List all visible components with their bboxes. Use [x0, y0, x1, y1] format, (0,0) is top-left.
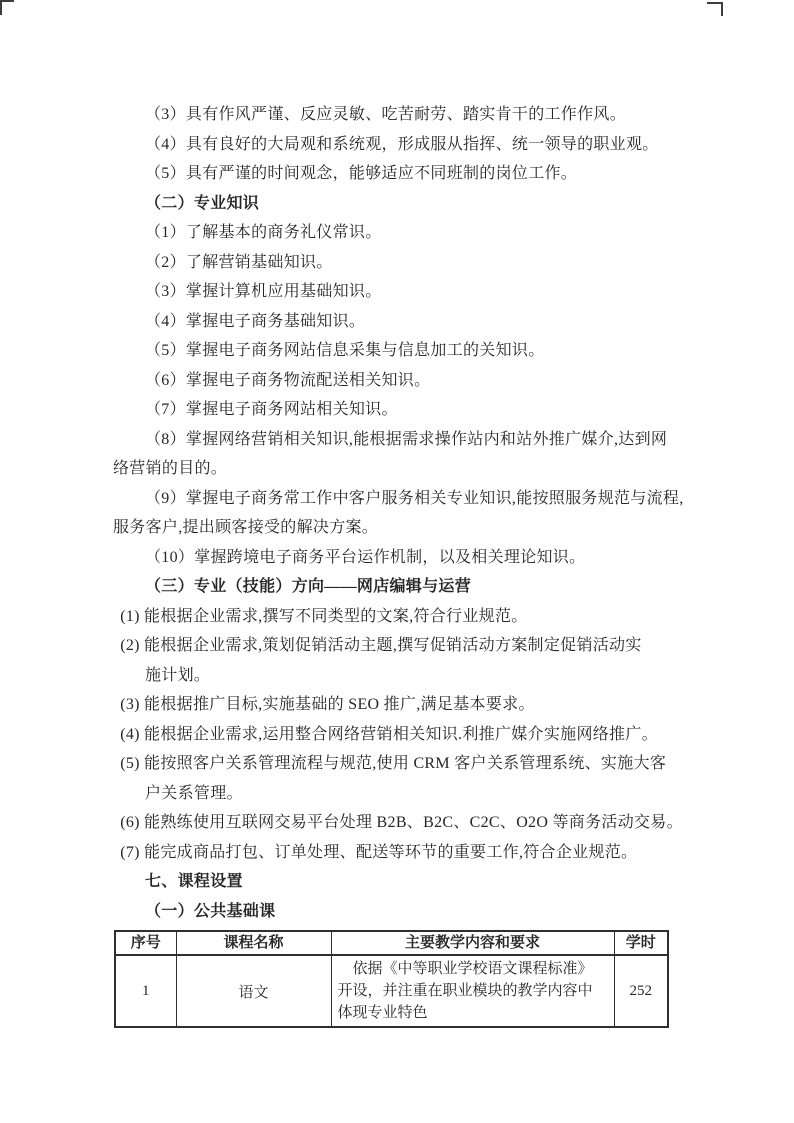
- table-header-row: 序号 课程名称 主要教学内容和要求 学时: [115, 931, 668, 955]
- table-header-content-requirements: 主要教学内容和要求: [331, 931, 614, 955]
- table-header-course-name: 课程名称: [176, 931, 331, 955]
- section-heading-skill-direction: （三）专业（技能）方向——网店编辑与运营: [113, 572, 685, 602]
- list-item: (5) 能按照客户关系管理流程与规范,使用 CRM 客户关系管理系统、实施大客 …: [113, 749, 685, 808]
- list-item: (3) 能根据推广目标,实施基础的 SEO 推广,满足基本要求。: [113, 690, 685, 720]
- list-item: （3）掌握计算机应用基础知识。: [113, 277, 685, 307]
- list-item: （8）掌握网络营销相关知识,能根据需求操作站内和站外推广媒介,达到网 络营销的目…: [113, 425, 685, 484]
- list-item: (6) 能熟练使用互联网交易平台处理 B2B、B2C、C2C、O2O 等商务活动…: [113, 808, 685, 838]
- list-item: (2) 能根据企业需求,策划促销活动主题,撰写促销活动方案制定促销活动实 施计划…: [113, 631, 685, 690]
- courses-table-container: 序号 课程名称 主要教学内容和要求 学时 1 语文 依据《中等职业学校语文课程标…: [114, 930, 669, 1028]
- document-page: { "document": { "paragraphs": [ "（3）具有作风…: [0, 0, 794, 1123]
- list-item: （7）掌握电子商务网站相关知识。: [113, 395, 685, 425]
- corner-crop-mark-top-left-icon: [0, 0, 14, 15]
- table-row: 1 语文 依据《中等职业学校语文课程标准》 开设，并注重在职业模块的教学内容中 …: [115, 955, 668, 1027]
- cell-teaching-content: 依据《中等职业学校语文课程标准》 开设，并注重在职业模块的教学内容中 体现专业特…: [331, 955, 614, 1027]
- list-item: （6）掌握电子商务物流配送相关知识。: [113, 366, 685, 396]
- list-item: (7) 能完成商品打包、订单处理、配送等环节的重要工作,符合企业规范。: [113, 838, 685, 868]
- list-item: （5）具有严谨的时间观念，能够适应不同班制的岗位工作。: [113, 159, 685, 189]
- list-item: （5）掌握电子商务网站信息采集与信息加工的关知识。: [113, 336, 685, 366]
- list-item: (1) 能根据企业需求,撰写不同类型的文案,符合行业规范。: [113, 602, 685, 632]
- section-heading-public-basic-courses: （一）公共基础课: [113, 897, 685, 927]
- document-body: （3）具有作风严谨、反应灵敏、吃苦耐劳、踏实肯干的工作作风。 （4）具有良好的大…: [113, 100, 685, 926]
- list-item: （4）具有良好的大局观和系统观，形成服从指挥、统一领导的职业观。: [113, 130, 685, 160]
- list-item: （10）掌握跨境电子商务平台运作机制，以及相关理论知识。: [113, 543, 685, 573]
- cell-course-name: 语文: [176, 955, 331, 1027]
- list-item: (4) 能根据企业需求,运用整合网络营销相关知识.利推广媒介实施网络推广。: [113, 720, 685, 750]
- cell-hours: 252: [614, 955, 668, 1027]
- list-item: （9）掌握电子商务常工作中客户服务相关专业知识,能按照服务规范与流程, 服务客户…: [113, 484, 685, 543]
- section-heading-professional-knowledge: （二）专业知识: [113, 189, 685, 219]
- corner-crop-mark-top-right-icon: [707, 2, 723, 16]
- list-item: （2）了解营销基础知识。: [113, 248, 685, 278]
- list-item: （4）掌握电子商务基础知识。: [113, 307, 685, 337]
- table-header-hours: 学时: [614, 931, 668, 955]
- section-heading-course-setup: 七、课程设置: [113, 867, 685, 897]
- cell-no: 1: [115, 955, 176, 1027]
- list-item: （1）了解基本的商务礼仪常识。: [113, 218, 685, 248]
- table-header-no: 序号: [115, 931, 176, 955]
- list-item: （3）具有作风严谨、反应灵敏、吃苦耐劳、踏实肯干的工作作风。: [113, 100, 685, 130]
- courses-table: 序号 课程名称 主要教学内容和要求 学时 1 语文 依据《中等职业学校语文课程标…: [114, 930, 669, 1028]
